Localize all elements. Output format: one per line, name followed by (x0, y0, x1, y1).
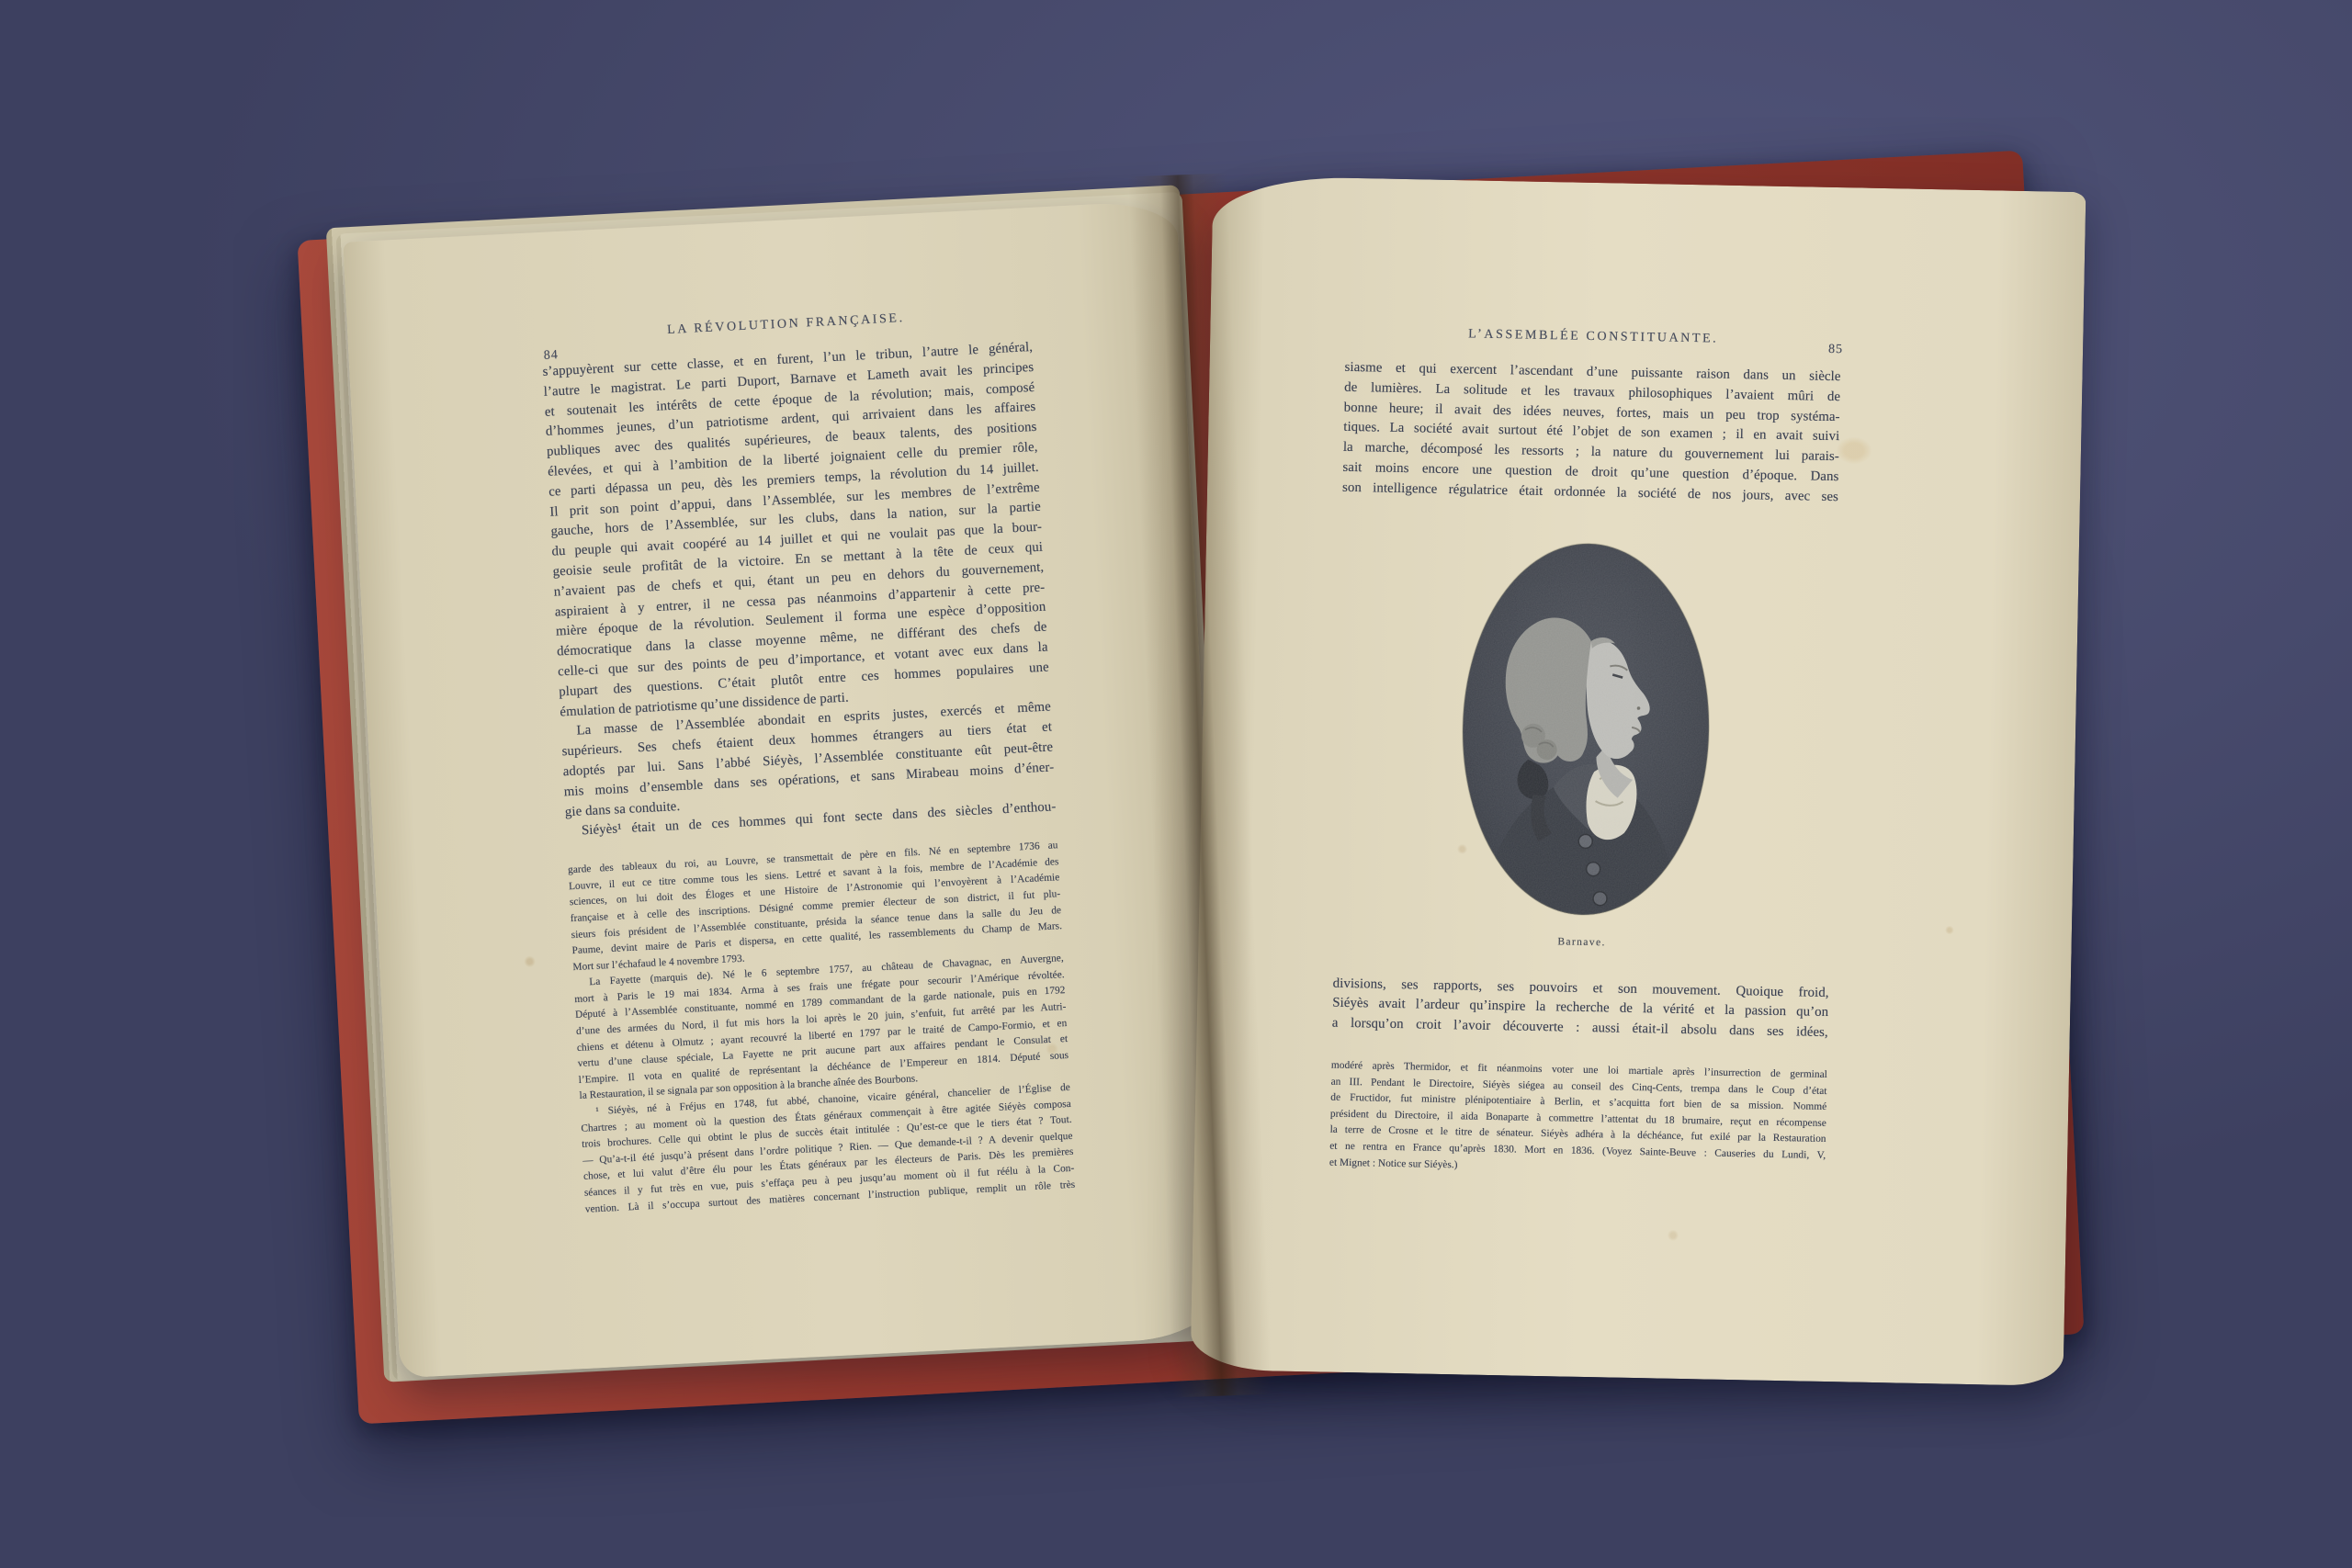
running-title-right: L’ASSEMBLÉE CONSTITUANTE. (1345, 325, 1841, 349)
page-number-right: 85 (1828, 343, 1843, 357)
left-page-text-column: 84 LA RÉVOLUTION FRANÇAISE. s’appuyèrent… (536, 208, 1076, 1218)
running-title-left: LA RÉVOLUTION FRANÇAISE. (540, 305, 1031, 344)
left-page-footnote: garde des tableaux du roi, au Louvre, se… (568, 838, 1076, 1218)
right-page-body-bottom: divisions, ses rapports, ses pouvoirs et… (1332, 974, 1829, 1043)
left-page: 84 LA RÉVOLUTION FRANÇAISE. s’appuyèrent… (343, 200, 1233, 1378)
portrait-caption: Barnave. (1448, 934, 1716, 951)
barnave-portrait-icon (1448, 536, 1724, 927)
page-number-left: 84 (543, 348, 559, 364)
right-page: L’ASSEMBLÉE CONSTITUANTE. 85 siasme et q… (1191, 175, 2086, 1386)
right-page-footnote: modéré après Thermidor, et fit néanmoins… (1329, 1058, 1827, 1181)
right-page-body-top: siasme et qui exercent l’ascendant d’une… (1342, 358, 1841, 508)
left-page-body: s’appuyèrent sur cette classe, et en fur… (542, 338, 1057, 842)
photo-open-book: 84 LA RÉVOLUTION FRANÇAISE. s’appuyèrent… (0, 0, 2352, 1568)
right-page-text-column: L’ASSEMBLÉE CONSTITUANTE. 85 siasme et q… (1329, 178, 1845, 1180)
right-page-header: L’ASSEMBLÉE CONSTITUANTE. 85 (1345, 325, 1841, 355)
portrait-engraving-barnave: Barnave. (1448, 536, 1724, 951)
